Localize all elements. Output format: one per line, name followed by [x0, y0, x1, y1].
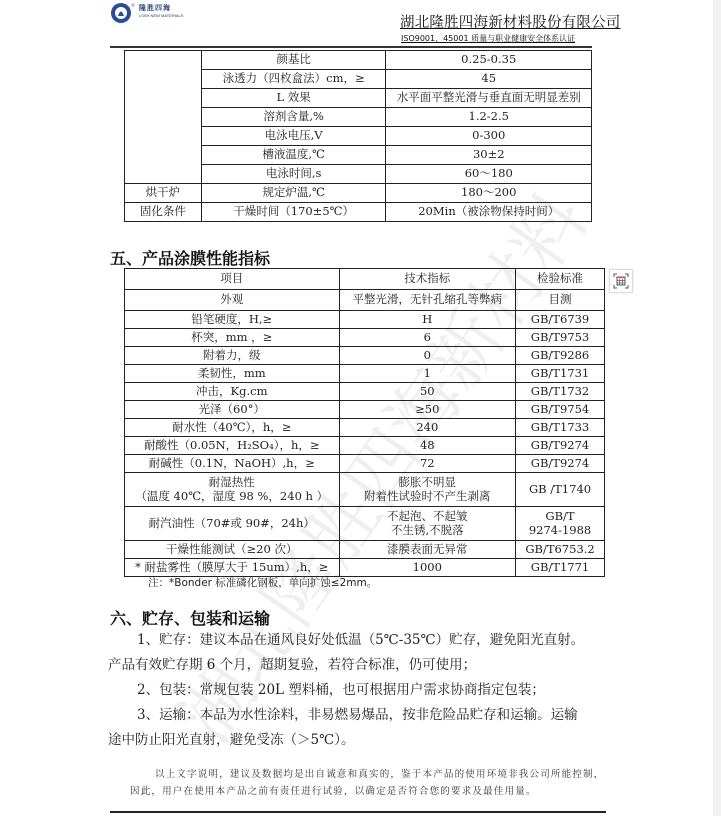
standard-cell: GB/T6739: [516, 311, 605, 329]
certification-line: ISO9001、45001 质量与职业健康安全体系认证: [401, 33, 575, 44]
value-cell: 60～180: [386, 165, 592, 184]
spec-line-1: 膨胀不明显: [340, 476, 516, 490]
item-cell: 铅笔硬度，H,≥: [125, 311, 340, 329]
standard-cell: GB/T9274: [516, 455, 605, 473]
standard-cell: GB/T1731: [516, 365, 605, 383]
table-row: 附着力，级 0 GB/T9286: [125, 347, 605, 365]
value-cell: 30±2: [386, 146, 592, 165]
standard-line-2: 9274-1988: [516, 524, 604, 538]
spec-cell: ≥50: [339, 401, 516, 419]
item-cell: 槽液温度,℃: [201, 146, 386, 165]
item-cell: 冲击，Kg.cm: [125, 383, 340, 401]
spec-cell: 72: [339, 455, 516, 473]
company-logo-icon: [110, 2, 136, 24]
table-row: 干燥性能测试（≥20 次） 漆膜表面无异常 GB/T6753.2: [125, 541, 605, 559]
item-cell: 规定炉温,℃: [201, 184, 386, 203]
item-line-2: （温度 40℃，湿度 98 %，240 h ）: [125, 490, 339, 504]
value-cell: 20Min（被涂物保持时间）: [386, 203, 592, 222]
standard-line-1: GB/T: [516, 510, 604, 524]
section5-title: 五、产品涂膜性能指标: [110, 246, 270, 269]
spec-cell: 膨胀不明显附着性试验时不产生剥离: [339, 473, 516, 507]
storage-paragraph-line1: 1、贮存：建议本品在通风良好处低温（5℃-35℃）贮存，避免阳光直射。: [137, 628, 584, 652]
spec-cell: 50: [339, 383, 516, 401]
spec-cell: 1000: [339, 559, 516, 577]
header-cell-standard: 检验标准: [516, 269, 605, 290]
item-cell: 干燥时间（170±5℃）: [201, 203, 386, 222]
table-row: 外观 平整光滑，无针孔缩孔等弊病 目测: [125, 290, 605, 311]
standard-cell: GB/T1732: [516, 383, 605, 401]
logo-text-cn: 隆胜四海: [139, 3, 171, 13]
footer-divider: [110, 811, 606, 813]
table-row: 耐汽油性（70#或 90#，24h） 不起泡、不起皱不生锈,不脱落 GB/T92…: [125, 507, 605, 541]
item-cell: 电泳时间,s: [201, 165, 386, 184]
item-cell: 溶剂含量,%: [201, 108, 386, 127]
standard-cell: GB/T9754: [516, 401, 605, 419]
table-row: 颜基比 0.25-0.35: [125, 51, 592, 70]
storage-paragraph-line2: 产品有效贮存期 6 个月，超期复验，若符合标准，仍可使用；: [108, 653, 476, 677]
table-row: 耐水性（40℃），h，≥ 240 GB/T1733: [125, 419, 605, 437]
item-cell: 柔韧性，mm: [125, 365, 340, 383]
standard-cell: GB/T9274: [516, 437, 605, 455]
company-name: 湖北隆胜四海新材料股份有限公司: [400, 11, 621, 32]
packaging-paragraph: 2、包装：常规包装 20L 塑料桶，也可根据用户需求协商指定包装；: [137, 678, 545, 702]
spec-cell: 6: [339, 329, 516, 347]
spec-line-2: 不生锈,不脱落: [340, 524, 516, 538]
table-row: 铅笔硬度，H,≥ H GB/T6739: [125, 311, 605, 329]
item-cell: 颜基比: [201, 51, 386, 70]
table-row: 杯突，mm ，≥ 6 GB/T9753: [125, 329, 605, 347]
item-cell: 光泽（60°）: [125, 401, 340, 419]
value-cell: 45: [386, 70, 592, 89]
table-extract-icon: [610, 270, 632, 292]
header-cell-item: 项目: [125, 269, 340, 290]
item-cell: 耐汽油性（70#或 90#，24h）: [125, 507, 340, 541]
value-cell: 180～200: [386, 184, 592, 203]
table-row: 柔韧性，mm 1 GB/T1731: [125, 365, 605, 383]
table-row: 冲击，Kg.cm 50 GB/T1732: [125, 383, 605, 401]
value-cell: 0-300: [386, 127, 592, 146]
value-cell: 1.2-2.5: [386, 108, 592, 127]
item-cell: 杯突，mm ，≥: [125, 329, 340, 347]
disclaimer-line1: 以上文字说明，建议及数据均是出自诚意和真实的，鉴于本产品的使用环境非我公司所能控…: [130, 766, 604, 783]
value-cell: 水平面平整光滑与垂直面无明显差别: [386, 89, 592, 108]
header-divider: [110, 46, 592, 48]
spec-cell: H: [339, 311, 516, 329]
scrollbar[interactable]: [713, 0, 721, 816]
table-extract-button[interactable]: [609, 269, 633, 293]
item-cell: 干燥性能测试（≥20 次）: [125, 541, 340, 559]
standard-cell: GB/T1771: [516, 559, 605, 577]
table-row: 耐碱性（0.1N，NaOH）,h，≥ 72 GB/T9274: [125, 455, 605, 473]
spec-cell: 48: [339, 437, 516, 455]
item-cell: 耐碱性（0.1N，NaOH）,h，≥: [125, 455, 340, 473]
spec-line-2: 附着性试验时不产生剥离: [340, 490, 516, 504]
spec-cell: 0: [339, 347, 516, 365]
section6-title: 六、贮存、包装和运输: [110, 606, 270, 629]
item-cell: 耐酸性（0.05N，H₂SO₄），h，≥: [125, 437, 340, 455]
group-cell: [125, 51, 202, 184]
spec-line-1: 不起泡、不起皱: [340, 510, 516, 524]
table-row: * 耐盐雾性（膜厚大于 15um）,h，≥ 1000 GB/T1771: [125, 559, 605, 577]
spec-cell: 漆膜表面无异常: [339, 541, 516, 559]
item-cell: * 耐盐雾性（膜厚大于 15um）,h，≥: [125, 559, 340, 577]
spec-cell: 240: [339, 419, 516, 437]
table-row: 固化条件 干燥时间（170±5℃） 20Min（被涂物保持时间）: [125, 203, 592, 222]
item-cell: 耐水性（40℃），h，≥: [125, 419, 340, 437]
standard-cell: GB/T9753: [516, 329, 605, 347]
item-cell: 附着力，级: [125, 347, 340, 365]
group-cell: 烘干炉: [125, 184, 202, 203]
standard-cell: GB/T9286: [516, 347, 605, 365]
logo-text-en: LSSH NEW MATERIALS: [139, 13, 183, 18]
transport-paragraph-line1: 3、运输：本品为水性涂料，非易燃易爆品，按非危险品贮存和运输。运输: [137, 703, 578, 727]
group-cell: 固化条件: [125, 203, 202, 222]
item-cell: 耐湿热性（温度 40℃，湿度 98 %，240 h ）: [125, 473, 340, 507]
spec-cell: 不起泡、不起皱不生锈,不脱落: [339, 507, 516, 541]
item-cell: 泳透力（四枚盒法）cm，≥: [201, 70, 386, 89]
coating-performance-table: 项目 技术指标 检验标准 外观 平整光滑，无针孔缩孔等弊病 目测 铅笔硬度，H,…: [124, 268, 605, 577]
table-row: 耐湿热性（温度 40℃，湿度 98 %，240 h ） 膨胀不明显附着性试验时不…: [125, 473, 605, 507]
table-note: 注：*Bonder 标准磷化钢板，单向扩蚀≤2mm。: [148, 575, 377, 590]
page-header: 隆胜四海 LSSH NEW MATERIALS 湖北隆胜四海新材料股份有限公司 …: [0, 0, 721, 50]
standard-cell: GB /T1740: [516, 473, 605, 507]
disclaimer: 以上文字说明，建议及数据均是出自诚意和真实的，鉴于本产品的使用环境非我公司所能控…: [130, 766, 604, 800]
spec-cell: 1: [339, 365, 516, 383]
disclaimer-line2: 因此，用户在使用本产品之前有责任进行试验，以确定是否符合您的要求及最佳用量。: [130, 783, 604, 800]
item-line-1: 耐湿热性: [125, 476, 339, 490]
table-row: 耐酸性（0.05N，H₂SO₄），h，≥ 48 GB/T9274: [125, 437, 605, 455]
standard-cell: 目测: [516, 290, 605, 311]
item-cell: 外观: [125, 290, 340, 311]
standard-cell: GB/T1733: [516, 419, 605, 437]
table-row: 烘干炉 规定炉温,℃ 180～200: [125, 184, 592, 203]
spec-cell: 平整光滑，无针孔缩孔等弊病: [339, 290, 516, 311]
transport-paragraph-line2: 途中防止阳光直射，避免受冻（＞5℃）。: [108, 728, 354, 752]
table-header-row: 项目 技术指标 检验标准: [125, 269, 605, 290]
process-parameters-table: 颜基比 0.25-0.35 泳透力（四枚盒法）cm，≥ 45 L 效果 水平面平…: [124, 50, 592, 222]
item-cell: 电泳电压,V: [201, 127, 386, 146]
standard-cell: GB/T9274-1988: [516, 507, 605, 541]
table-row: 光泽（60°） ≥50 GB/T9754: [125, 401, 605, 419]
item-cell: L 效果: [201, 89, 386, 108]
standard-cell: GB/T6753.2: [516, 541, 605, 559]
value-cell: 0.25-0.35: [386, 51, 592, 70]
header-cell-spec: 技术指标: [339, 269, 516, 290]
